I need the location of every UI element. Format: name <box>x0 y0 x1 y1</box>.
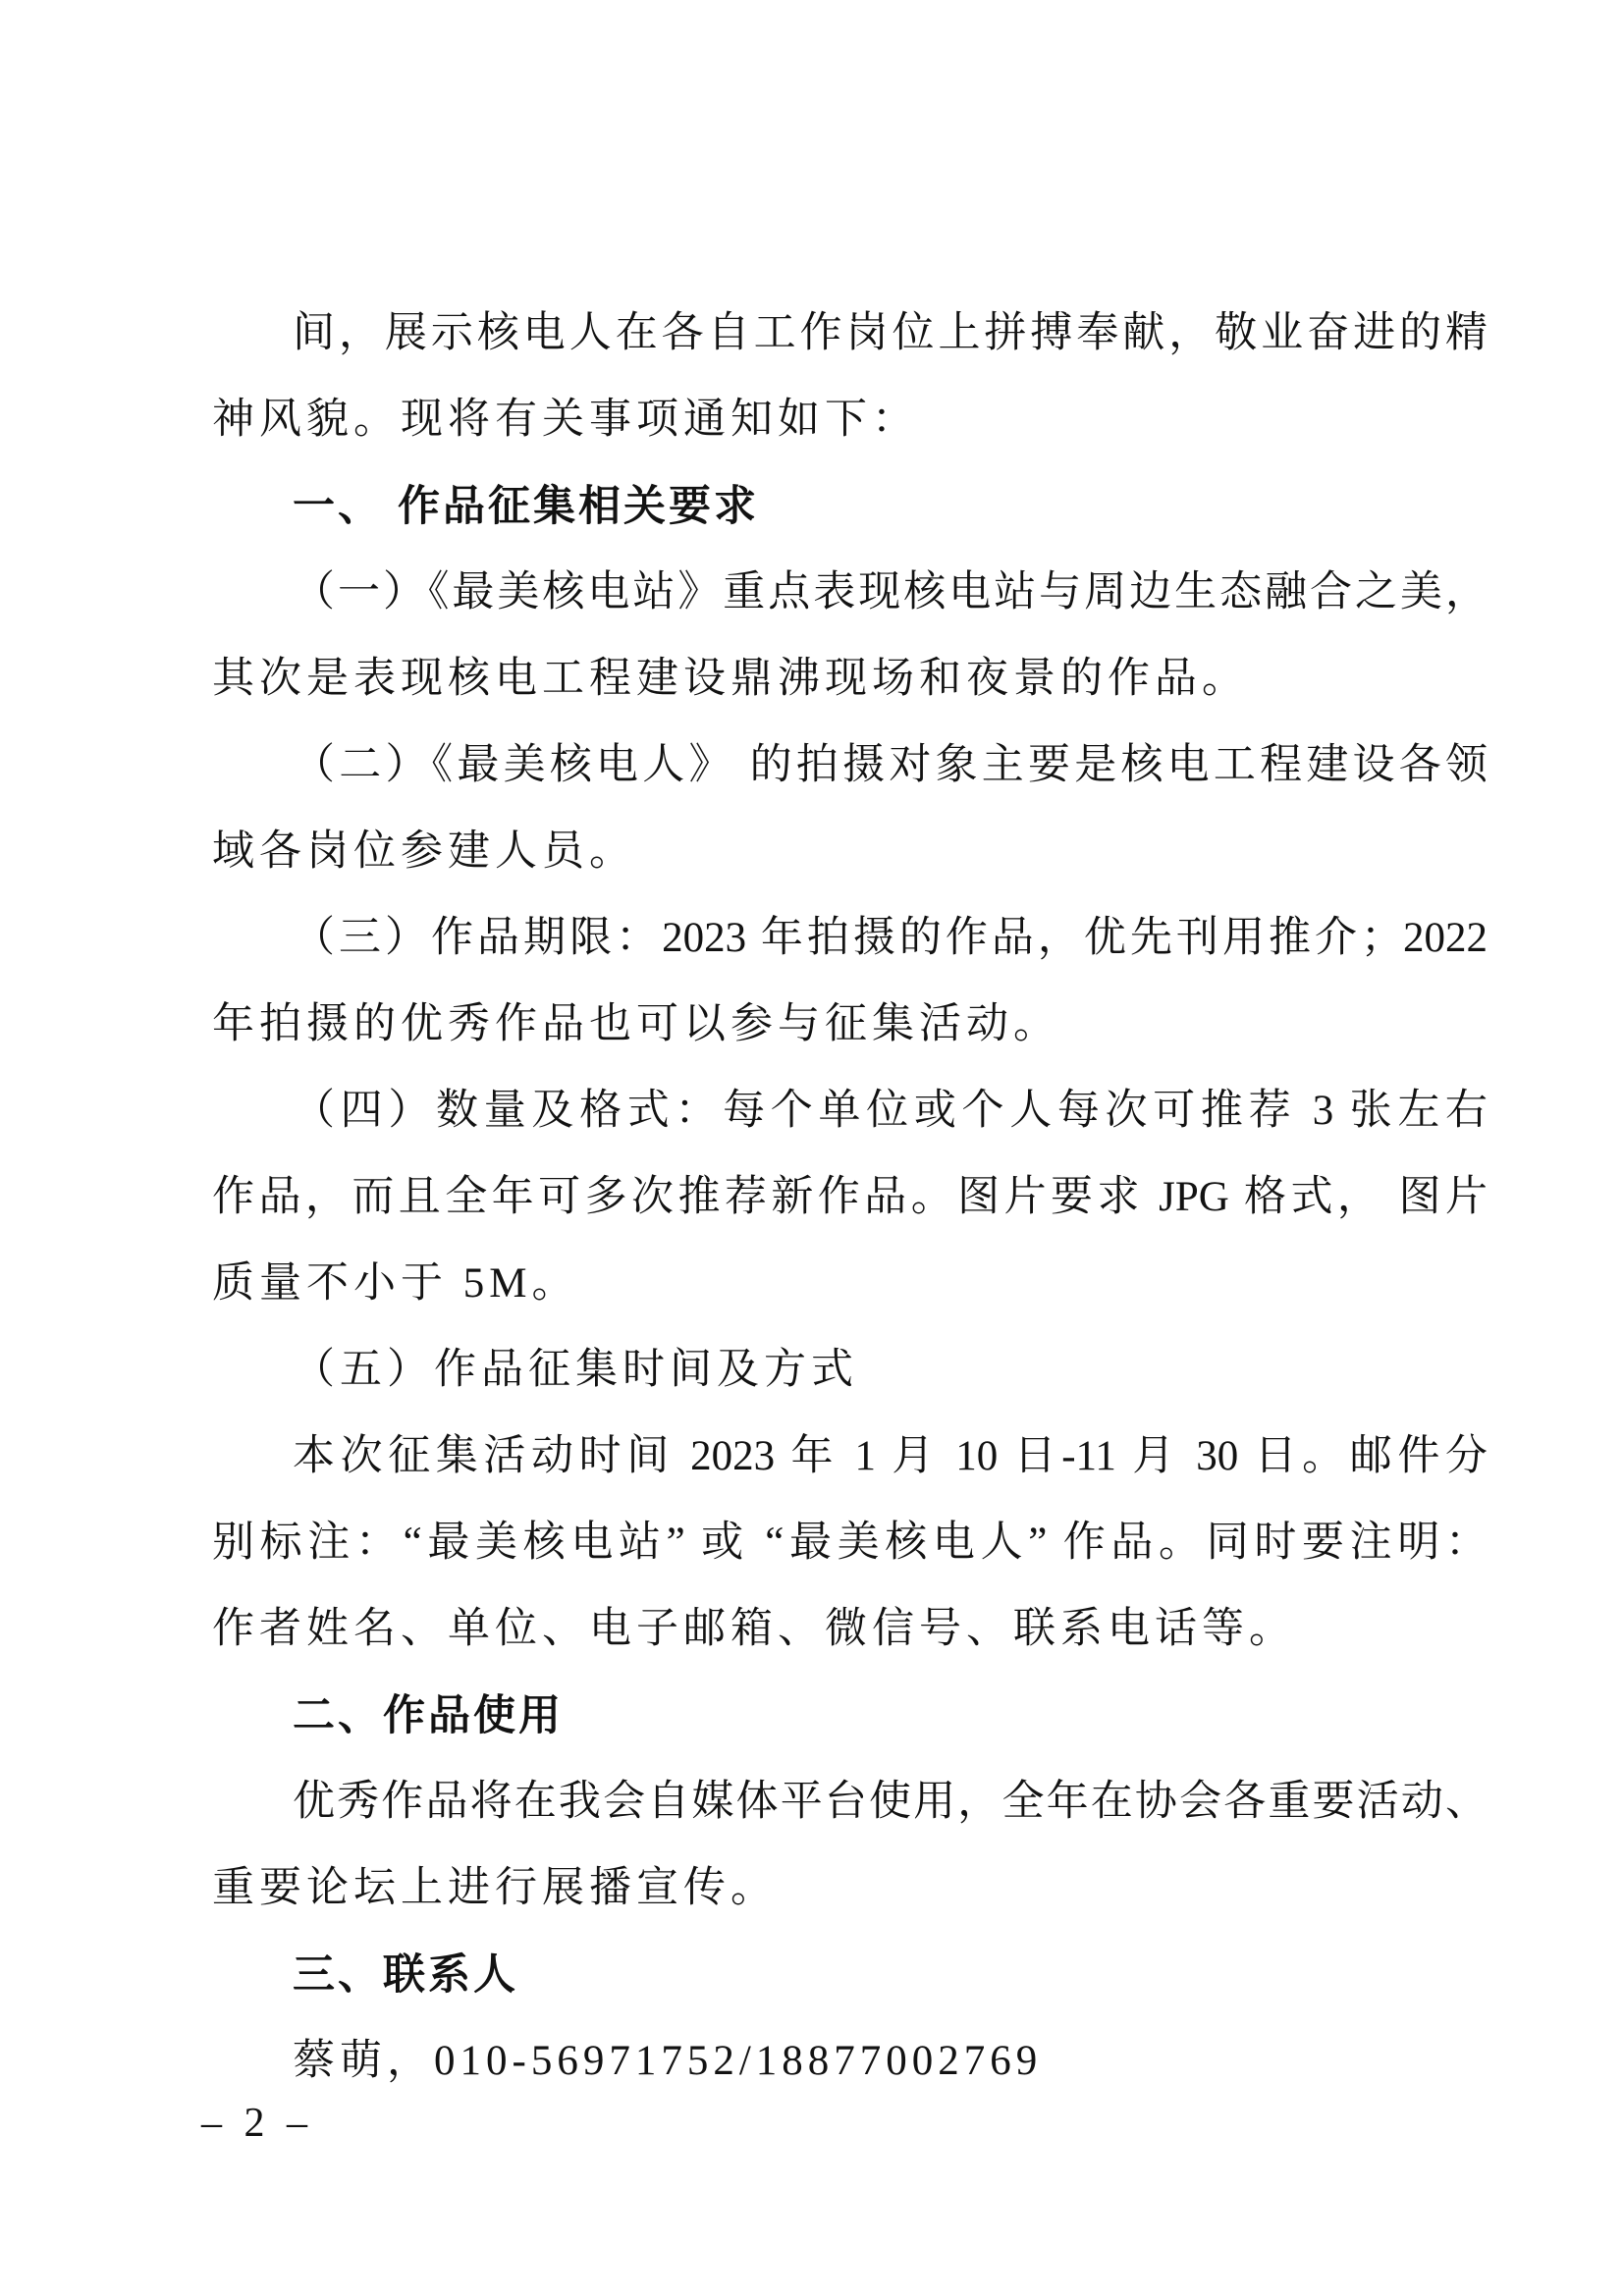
text-line: 神风貌。现将有关事项通知如下： <box>212 377 919 463</box>
text-line: 本次征集活动时间 2023 年 1 月 10 日-11 月 30 日。邮件分 <box>293 1414 1488 1500</box>
text-line: （四）数量及格式：每个单位或个人每次可推荐 3 张左右 <box>293 1068 1488 1154</box>
text-line: 间，展示核电人在各自工作岗位上拼搏奉献，敬业奋进的精 <box>293 291 1488 377</box>
section-heading: 三、联系人 <box>293 1932 518 2018</box>
text-line: 别标注：“最美核电站” 或 “最美核电人” 作品。同时要注明： <box>212 1500 1488 1586</box>
text-line: 优秀作品将在我会自媒体平台使用，全年在协会各重要活动、 <box>293 1759 1488 1845</box>
text-line: 重要论坛上进行展播宣传。 <box>212 1845 778 1932</box>
text-line: 质量不小于 5M。 <box>212 1241 578 1327</box>
text-line: （一）《最美核电站》重点表现核电站与周边生态融合之美， <box>293 550 1488 636</box>
text-line: （三）作品期限：2023 年拍摄的作品，优先刊用推介；2022 <box>293 895 1488 982</box>
text-line: 年拍摄的优秀作品也可以参与征集活动。 <box>212 982 1060 1068</box>
text-line: 作者姓名、单位、电子邮箱、微信号、联系电话等。 <box>212 1586 1296 1673</box>
text-line: 作品，而且全年可多次推荐新作品。图片要求 JPG 格式， 图片 <box>212 1154 1488 1241</box>
section-heading: 一、 作品征集相关要求 <box>293 463 759 550</box>
text-line: （二）《最美核电人》 的拍摄对象主要是核电工程建设各领 <box>293 722 1488 809</box>
page-number: – 2 – <box>201 2101 313 2146</box>
text-line: （五）作品征集时间及方式 <box>293 1327 858 1414</box>
document-page: 间，展示核电人在各自工作岗位上拼搏奉献，敬业奋进的精神风貌。现将有关事项通知如下… <box>0 0 1623 2296</box>
text-line: 其次是表现核电工程建设鼎沸现场和夜景的作品。 <box>212 636 1249 722</box>
section-heading: 二、作品使用 <box>293 1673 564 1759</box>
text-line: 蔡萌，010-56971752/18877002769 <box>293 2018 1042 2105</box>
text-line: 域各岗位参建人员。 <box>212 809 636 895</box>
